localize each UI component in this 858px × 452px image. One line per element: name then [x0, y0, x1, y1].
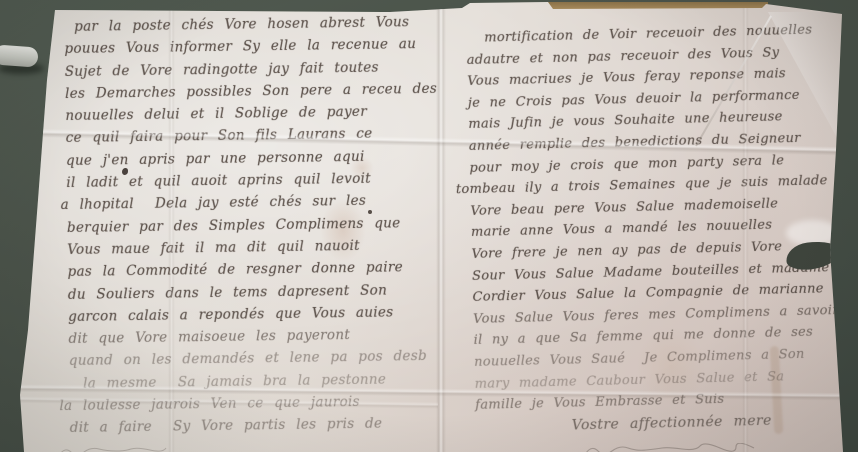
right-page-lines: mortification de Voir receuoir des nouue… [466, 19, 855, 417]
partial-cutoff-strokes [584, 443, 784, 452]
letter-photo: par la poste chés Vore hosen abrest Vous… [0, 0, 858, 452]
white-tube-object [0, 44, 39, 67]
letter-closing: Vostre affectionnée mere [572, 410, 856, 433]
handwritten-line: dit a faire Sy Vore partis les pris de [70, 412, 442, 439]
partial-cutoff-strokes [58, 446, 208, 452]
letter-paper: par la poste chés Vore hosen abrest Vous… [0, 0, 858, 452]
letter-left-page: par la poste chés Vore hosen abrest Vous… [64, 11, 442, 440]
